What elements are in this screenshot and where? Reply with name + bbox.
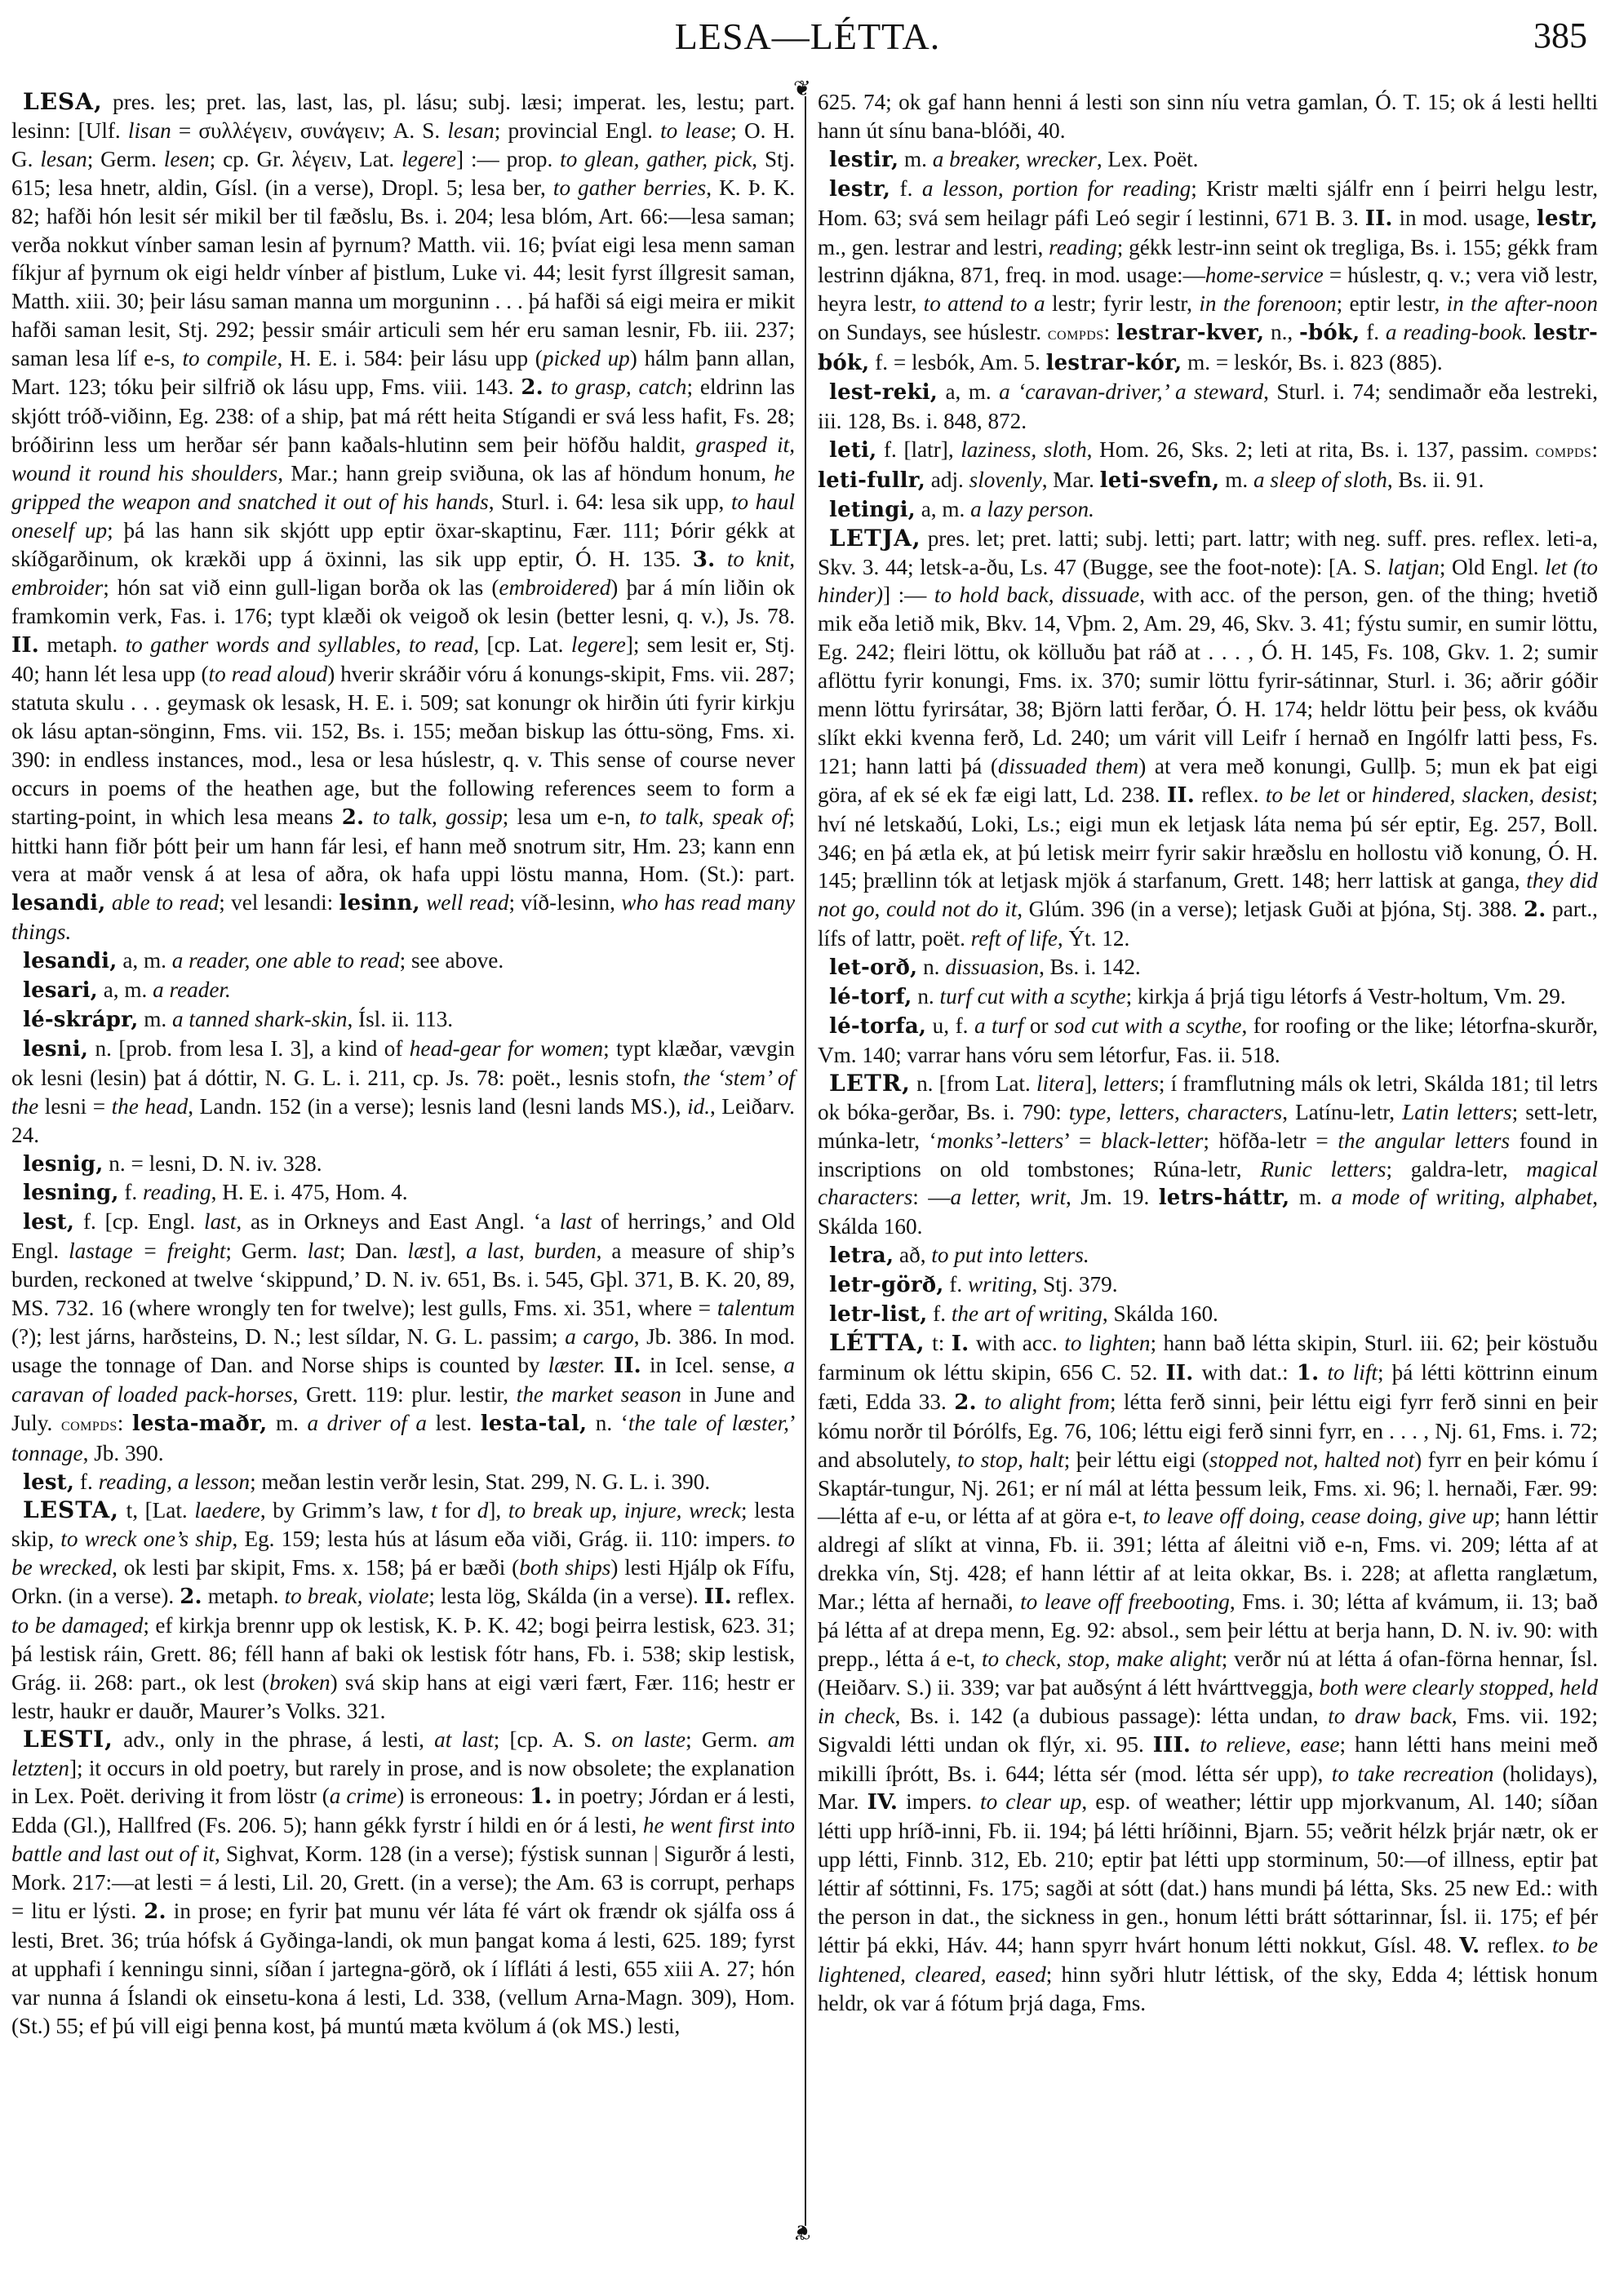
entry-text: a, m. [98, 977, 153, 1002]
entry-text: embroidered [499, 575, 610, 600]
headword: lé-torfa, [829, 1014, 926, 1039]
dictionary-entry: letr-list, f. the art of writing, Skálda… [818, 1300, 1598, 1329]
entry-text: the tale of læster, [628, 1411, 789, 1435]
headword: letra, [829, 1243, 894, 1268]
entry-text: the angular letters [1338, 1128, 1510, 1153]
entry-text: , H. E. i. 475, Hom. 4. [211, 1180, 408, 1204]
entry-text: að, [894, 1243, 931, 1267]
headword: lestir, [829, 148, 898, 172]
entry-text: to be let [1266, 782, 1340, 807]
entry-text: picked up [543, 346, 630, 370]
entry-text: = συλλέγειν, συνάγειν; A. S. [171, 118, 448, 143]
entry-text: a breaker, wrecker [933, 147, 1097, 171]
entry-text: , Landn. 152 (in a verse); lesnis land (… [188, 1094, 687, 1119]
entry-text: ; Germ. [685, 1727, 768, 1752]
entry-text: reading, a lesson [99, 1469, 251, 1494]
headword: II. [11, 633, 39, 658]
headword: lestrar-kór, [1046, 351, 1182, 375]
entry-text: , Ýt. 12. [1058, 926, 1129, 951]
entry-text: stopped not, halted not [1209, 1447, 1414, 1472]
entry-text: in mod. usage, [1393, 206, 1537, 230]
entry-text: a tanned shark-skin [172, 1007, 347, 1031]
headword: lesning, [23, 1181, 119, 1205]
entry-text: compds [61, 1414, 118, 1434]
entry-text: to leave off doing, cease doing, give up [1143, 1504, 1494, 1528]
entry-text: tonnage [11, 1441, 83, 1465]
entry-text: the market season [517, 1382, 681, 1407]
dictionary-entry: let-orð, n. dissuasion, Bs. i. 142. [818, 953, 1598, 982]
dictionary-entry: lesning, f. reading, H. E. i. 475, Hom. … [11, 1178, 795, 1208]
entry-text: , K. Þ. K. 82; hafði hón lesit sér mikil… [11, 175, 795, 370]
headword: letrs-háttr, [1159, 1186, 1290, 1210]
entry-text: to alight from [984, 1390, 1110, 1414]
entry-text [420, 890, 426, 915]
dictionary-entry: lesnig, n. = lesni, D. N. iv. 328. [11, 1150, 795, 1179]
entry-text: f. [cp. Engl. [74, 1209, 204, 1234]
entry-text: reading [1049, 235, 1117, 259]
entry-text: ; provincial Engl. [495, 118, 660, 143]
entry-text: ; eptir lestr, [1337, 291, 1447, 316]
dictionary-entry: letra, að, to put into letters. [818, 1241, 1598, 1270]
entry-text: last [204, 1209, 236, 1234]
headword: LESTI, [23, 1726, 113, 1753]
headword: 2. [342, 805, 365, 830]
entry-text [106, 890, 112, 915]
entry-text: , with acc. of the person, gen. of the t… [818, 583, 1598, 778]
entry-text: reflex. [732, 1584, 795, 1608]
entry-text: , Skálda 160. [1103, 1301, 1218, 1326]
entry-text: a letter, writ [951, 1185, 1067, 1209]
headword: II. [1166, 1361, 1194, 1385]
entry-text: , Jm. 19. [1066, 1185, 1159, 1209]
headword: LESA, [23, 88, 103, 115]
entry-text: ; lesa um e-n, [503, 804, 640, 829]
dictionary-entry: LESTA, t, [Lat. laedere, by Grimm’s law,… [11, 1496, 795, 1725]
dictionary-entry: lest, f. [cp. Engl. last, as in Orkneys … [11, 1208, 795, 1467]
headword: lest, [23, 1210, 74, 1234]
entry-text: n. [from Lat. [911, 1071, 1036, 1096]
entry-text: both ships [519, 1555, 610, 1580]
entry-text: to attend to a [924, 291, 1045, 316]
dictionary-entry: letingi, a, m. a lazy person. [818, 495, 1598, 525]
fleuron-icon: ❦ [793, 78, 811, 100]
entry-text: or [1023, 1013, 1054, 1038]
entry-text: f. [119, 1180, 143, 1204]
entry-text: on laste [611, 1727, 685, 1752]
entry-text: ; víð-lesinn, [509, 890, 622, 915]
entry-text: laziness, sloth [961, 437, 1086, 462]
headword: I. [952, 1332, 969, 1356]
entry-text [715, 547, 726, 571]
entry-text: , Stj. 379. [1032, 1272, 1118, 1296]
entry-text [1191, 1732, 1200, 1757]
entry-text: a reader, one able to read [172, 948, 400, 973]
entry-text: black-letter [1101, 1128, 1203, 1153]
entry-text: , H. E. i. 584: þeir lásu upp ( [277, 346, 542, 370]
headword: III. [1153, 1733, 1191, 1757]
entry-text: reading [143, 1180, 211, 1204]
entry-text: a crime [330, 1784, 397, 1808]
entry-text: metaph. [202, 1584, 285, 1608]
entry-text: m. = leskór, Bs. i. 823 (885). [1182, 350, 1442, 375]
entry-text: to gather berries [553, 175, 706, 200]
entry-text: , Lex. Poët. [1097, 147, 1199, 171]
entry-text: m. [267, 1411, 307, 1435]
headword: lé-torf, [829, 985, 912, 1009]
entry-text: lastage = freight [69, 1239, 225, 1263]
headword: lest-reki, [829, 380, 938, 405]
entry-text: to leave off freebooting [1020, 1589, 1230, 1614]
headword: lesta-tal, [481, 1412, 588, 1436]
headword: letingi, [829, 498, 916, 522]
entry-text: with acc. [969, 1331, 1064, 1355]
entry-text: ; Dan. [339, 1239, 408, 1263]
entry-text: ’ = [1063, 1128, 1101, 1153]
entry-text: lesan [447, 118, 494, 143]
dictionary-entry: lest-reki, a, m. a ‘caravan-driver,’ a s… [818, 378, 1598, 436]
entry-text: the head [112, 1094, 189, 1119]
headword: leti, [829, 438, 876, 463]
headword: LÉTTA, [829, 1329, 925, 1356]
entry-text: to break up, injure, wreck [508, 1498, 741, 1523]
entry-text: f. [74, 1469, 98, 1494]
headword: 2. [954, 1390, 977, 1415]
headword: LETJA, [829, 525, 921, 552]
entry-text: compds [1536, 441, 1592, 461]
dictionary-entry: leti, f. [latr], laziness, sloth, Hom. 2… [818, 436, 1598, 495]
entry-text: lesan [40, 147, 87, 171]
entry-text: n. ‘ [587, 1411, 628, 1435]
entry-text: ; þá las hann sik skjótt upp eptir öxar-… [11, 518, 795, 571]
entry-text: 625. 74; ok gaf hann henni á lesti son s… [818, 90, 1598, 143]
entry-text: to relieve, ease [1200, 1732, 1339, 1757]
entry-text: ; galdra-letr, [1386, 1157, 1526, 1181]
entry-text: at last [434, 1727, 494, 1752]
entry-text: talentum [717, 1296, 795, 1320]
headword: lestr, [1537, 206, 1598, 231]
entry-text: t [431, 1498, 437, 1523]
entry-text: to talk, speak of [639, 804, 788, 829]
entry-text: broken [269, 1670, 331, 1695]
headword: LETR, [829, 1070, 911, 1097]
dictionary-entry: LESTI, adv., only in the phrase, á lesti… [11, 1726, 795, 2041]
entry-text: f. [890, 176, 922, 201]
entry-text: with dat.: [1194, 1360, 1297, 1385]
dictionary-entry: lestr, f. a lesson, portion for reading;… [818, 175, 1598, 378]
entry-text: ) is erroneous: [397, 1784, 530, 1808]
entry-text: the art of writing [952, 1301, 1103, 1326]
entry-text: : [118, 1411, 132, 1435]
entry-text: on Sundays, see húslestr. [818, 320, 1048, 344]
entry-text: n. = lesni, D. N. iv. 328. [103, 1151, 322, 1176]
headword: IV. [867, 1790, 898, 1815]
entry-text: dissuasion [945, 955, 1039, 979]
headword: 1. [530, 1784, 552, 1809]
headword: lestrar-kver, [1116, 321, 1264, 345]
headword: letr-list, [829, 1302, 927, 1327]
entry-text: to stop, halt [957, 1447, 1064, 1472]
dictionary-entry: LETR, n. [from Lat. litera], letters; í … [818, 1070, 1598, 1241]
headword: 2. [180, 1585, 202, 1609]
entry-text: , Jb. 390. [83, 1441, 164, 1465]
entry-text: n., [1264, 320, 1299, 344]
entry-text: : — [912, 1185, 950, 1209]
entry-text: turf cut with a scythe [940, 984, 1126, 1008]
dictionary-entry: lé-skrápr, m. a tanned shark-skin, Ísl. … [11, 1005, 795, 1035]
entry-text: ; [cp. A. S. [494, 1727, 612, 1752]
entry-text: id. [687, 1094, 710, 1119]
entry-text: n. [prob. from lesa I. 3], a kind of [88, 1036, 410, 1061]
entry-text: d [477, 1498, 489, 1523]
dictionary-entry: 625. 74; ok gaf hann henni á lesti son s… [818, 88, 1598, 145]
entry-text: reft of life [971, 926, 1058, 951]
entry-text: m. [138, 1007, 172, 1031]
headword: lesandi, [11, 891, 106, 915]
entry-text: laedere [194, 1498, 260, 1523]
entry-text: to take recreation [1332, 1762, 1494, 1786]
entry-text: hindered, slacken, desist [1372, 782, 1591, 807]
dictionary-entry: lestir, m. a breaker, wrecker, Lex. Poët… [818, 145, 1598, 175]
entry-text: m., gen. lestrar and lestri, [818, 235, 1049, 259]
dictionary-entry: LÉTTA, t: I. with acc. to lighten; hann … [818, 1329, 1598, 2018]
headword: 3. [693, 547, 716, 572]
entry-text: , Latínu-letr, [1282, 1100, 1402, 1124]
entry-text: ; kirkja á þrjá tigu létorfs á Vestr-hol… [1126, 984, 1566, 1008]
entry-text: well read [426, 890, 508, 915]
entry-text: ; meðan lestin verðr lesin, Stat. 299, N… [250, 1469, 710, 1494]
entry-text: ], [488, 1498, 508, 1523]
running-title: LESA—LÉTTA. [0, 15, 1615, 58]
entry-text: f. [latr], [876, 437, 961, 462]
entry-text: a reader. [153, 977, 231, 1002]
headword: 2. [521, 375, 544, 400]
entry-text: writing [968, 1272, 1032, 1296]
entry-text: , Mar. [1042, 468, 1100, 492]
entry-text: home-service [1205, 263, 1324, 287]
entry-text [606, 1353, 614, 1377]
entry-text: ] :— prop. [456, 147, 560, 171]
entry-text: for [437, 1498, 477, 1523]
entry-text: metaph. [39, 632, 126, 657]
entry-text: lisan [128, 118, 171, 143]
entry-text: læster. [548, 1353, 606, 1377]
entry-text: reflex. [1195, 782, 1266, 807]
entry-text: to put into letters. [931, 1243, 1089, 1267]
entry-text [977, 1390, 984, 1414]
entry-text: monks’-letters [937, 1128, 1064, 1153]
entry-text: m. [1219, 468, 1253, 492]
entry-text: , [cp. Lat. [473, 632, 571, 657]
entry-text: impers. [898, 1789, 980, 1814]
entry-text: adj. [925, 468, 969, 492]
headword: lé-skrápr, [23, 1008, 138, 1032]
dictionary-entry: LETJA, pres. let; pret. latti; subj. let… [818, 525, 1598, 954]
entry-text: to gather words and syllables, to read [126, 632, 474, 657]
entry-text: , Bs. i. 142 (a dubious passage): létta … [895, 1704, 1329, 1728]
entry-text: slovenly [969, 468, 1042, 492]
entry-text: ], [443, 1239, 466, 1263]
entry-text: ; Germ. [225, 1239, 307, 1263]
column-divider [805, 96, 806, 2226]
entry-text: head-gear for women [410, 1036, 603, 1061]
entry-text: a, m. [916, 497, 970, 521]
headword: lesari, [23, 978, 98, 1003]
entry-text: ; Old Engl. [1440, 555, 1545, 579]
entry-text: able to read [112, 890, 219, 915]
entry-text: Latin letters [1402, 1100, 1511, 1124]
entry-text: a ‘caravan-driver,’ a steward [999, 379, 1263, 404]
entry-text: læst [407, 1239, 443, 1263]
entry-text: to break, violate [285, 1584, 429, 1608]
entry-text: adv., only in the phrase, á lesti, [113, 1727, 434, 1752]
entry-text: to be damaged [11, 1613, 143, 1638]
entry-text: in the forenoon [1199, 291, 1336, 316]
headword: -bók, [1299, 321, 1360, 345]
entry-text: a sleep of sloth [1253, 468, 1387, 492]
entry-text [1319, 1360, 1327, 1385]
dictionary-entry: lesari, a, m. a reader. [11, 976, 795, 1005]
entry-text: to glean, gather, pick [560, 147, 752, 171]
entry-text: legere [571, 632, 626, 657]
entry-text: t: [925, 1331, 952, 1355]
entry-text: a reading-book. [1386, 320, 1528, 344]
entry-text: last [560, 1209, 592, 1234]
entry-text: to check, stop, make alight [982, 1647, 1222, 1671]
entry-text: a cargo [565, 1324, 634, 1349]
headword: II. [1365, 206, 1393, 231]
dictionary-entry: lest, f. reading, a lesson; meðan lestin… [11, 1468, 795, 1497]
entry-text: ; lesta lög, Skálda (in a verse). [428, 1584, 703, 1608]
entry-text: to lighten [1064, 1331, 1150, 1355]
headword: let-orð, [829, 955, 917, 980]
entry-text: ], [1085, 1071, 1103, 1096]
headword: lesinn, [339, 891, 420, 915]
entry-text: to hold back, dissuade [934, 583, 1139, 607]
entry-text: lestr; fyrir lestr, [1045, 291, 1200, 316]
headword: 2. [1524, 898, 1546, 922]
headword: 1. [1297, 1361, 1320, 1385]
headword: lest, [23, 1470, 74, 1495]
entry-text: a last, burden [466, 1239, 597, 1263]
page-header: LESA—LÉTTA. 385 [0, 15, 1615, 72]
entry-text: a driver of a [307, 1411, 427, 1435]
entry-text: to lease [660, 118, 730, 143]
headword: letr-görð, [829, 1273, 944, 1297]
entry-text: type, letters, characters [1069, 1100, 1282, 1124]
entry-text: to grasp, catch [551, 375, 687, 399]
entry-text: reflex. [1480, 1933, 1552, 1957]
dictionary-entry: lesni, n. [prob. from lesa I. 3], a kind… [11, 1035, 795, 1150]
entry-text: a mode of writing, alphabet [1331, 1185, 1592, 1209]
headword: II. [704, 1585, 732, 1609]
entry-text: m. [1289, 1185, 1331, 1209]
right-column: 625. 74; ok gaf hann henni á lesti son s… [818, 88, 1598, 2018]
headword: lesnig, [23, 1152, 103, 1177]
entry-text: ; höfða-letr = [1203, 1128, 1338, 1153]
headword: V. [1459, 1934, 1480, 1958]
entry-text: legere [402, 147, 456, 171]
entry-text: , Bs. ii. 91. [1387, 468, 1484, 492]
entry-text: , by Grimm’s law, [260, 1498, 431, 1523]
entry-text: to lift [1327, 1360, 1377, 1385]
entry-text: , Hom. 26, Sks. 2; leti at rita, Bs. i. … [1087, 437, 1536, 462]
entry-text: ; see above. [400, 948, 504, 973]
entry-text: t, [Lat. [119, 1498, 194, 1523]
entry-text: ’ [789, 1411, 795, 1435]
entry-text: , Glúm. 396 (in a verse); letjask Guði a… [1017, 897, 1524, 921]
entry-text: , Eg. 159; lesta hús at lásum eða viði, … [233, 1527, 778, 1551]
entry-text: litera [1036, 1071, 1085, 1096]
entry-text: a turf [974, 1013, 1023, 1038]
entry-text: in Icel. sense, [641, 1353, 783, 1377]
entry-text: a, m. [118, 948, 172, 973]
headword: 2. [144, 1899, 166, 1924]
fleuron-icon: ❦ [793, 2221, 811, 2242]
entry-text: last [308, 1239, 339, 1263]
dictionary-entry: LESA, pres. les; pret. las, last, las, p… [11, 88, 795, 946]
page-number: 385 [1533, 15, 1587, 56]
headword: leti-fullr, [818, 468, 925, 493]
entry-text: n. [912, 984, 940, 1008]
entry-text: , Grett. 119: plur. lestir, [293, 1382, 517, 1407]
entry-text: ] :— [883, 583, 934, 607]
entry-text: lesen [164, 147, 210, 171]
entry-text [544, 375, 551, 399]
entry-text: to compile [182, 346, 277, 370]
headword: lestr, [829, 177, 890, 202]
dictionary-entry: lesandi, a, m. a reader, one able to rea… [11, 946, 795, 976]
entry-text: Runic letters [1260, 1157, 1386, 1181]
headword: leti-svefn, [1100, 468, 1220, 493]
headword: lesta-maðr, [132, 1412, 267, 1436]
entry-text: , as in Orkneys and East Angl. ‘a [236, 1209, 559, 1234]
headword: lesni, [23, 1037, 88, 1062]
headword: lesandi, [23, 949, 118, 973]
entry-text: a lazy person. [970, 497, 1094, 521]
entry-text [364, 804, 372, 829]
entry-text: : [1591, 437, 1598, 462]
entry-text: to read aloud [209, 662, 328, 686]
dictionary-entry: letr-görð, f. writing, Stj. 379. [818, 1270, 1598, 1300]
entry-text: , Sturl. i. 64: lesa sik upp, [489, 490, 731, 514]
entry-text: dissuaded them [998, 754, 1138, 778]
entry-text: lest. [427, 1411, 481, 1435]
dictionary-entry: lé-torf, n. turf cut with a scythe; kirk… [818, 982, 1598, 1012]
entry-text: to wreck one’s ship [60, 1527, 232, 1551]
entry-text: in the after-noon [1447, 291, 1598, 316]
entry-text: f. [944, 1272, 968, 1296]
entry-text: n. [917, 955, 945, 979]
entry-text: , Mar.; hann greip sviðuna, ok las af hö… [277, 461, 774, 485]
entry-text: to clear up [980, 1789, 1081, 1814]
entry-text: latjan [1387, 555, 1439, 579]
entry-text: (?); lest járns, harðsteins, D. N.; lest… [11, 1324, 565, 1349]
entry-text: , Ísl. ii. 113. [347, 1007, 453, 1031]
dictionary-entry: lé-torfa, u, f. a turf or sod cut with a… [818, 1012, 1598, 1070]
entry-text: sod cut with a scythe [1054, 1013, 1241, 1038]
entry-text: f. = lesbók, Am. 5. [869, 350, 1045, 375]
entry-text: u, f. [926, 1013, 974, 1038]
headword: II. [614, 1354, 641, 1378]
entry-text: ; hón sat við einn gull-ligan borða ok l… [103, 575, 499, 600]
entry-text: or [1340, 782, 1372, 807]
entry-text: ; þeir léttu eigi ( [1064, 1447, 1209, 1472]
entry-text: ; vel lesandi: [219, 890, 339, 915]
entry-text: to talk, gossip [373, 804, 503, 829]
headword: LESTA, [23, 1496, 119, 1523]
entry-text: f. [927, 1301, 951, 1326]
left-column: LESA, pres. les; pret. las, last, las, p… [11, 88, 795, 2041]
